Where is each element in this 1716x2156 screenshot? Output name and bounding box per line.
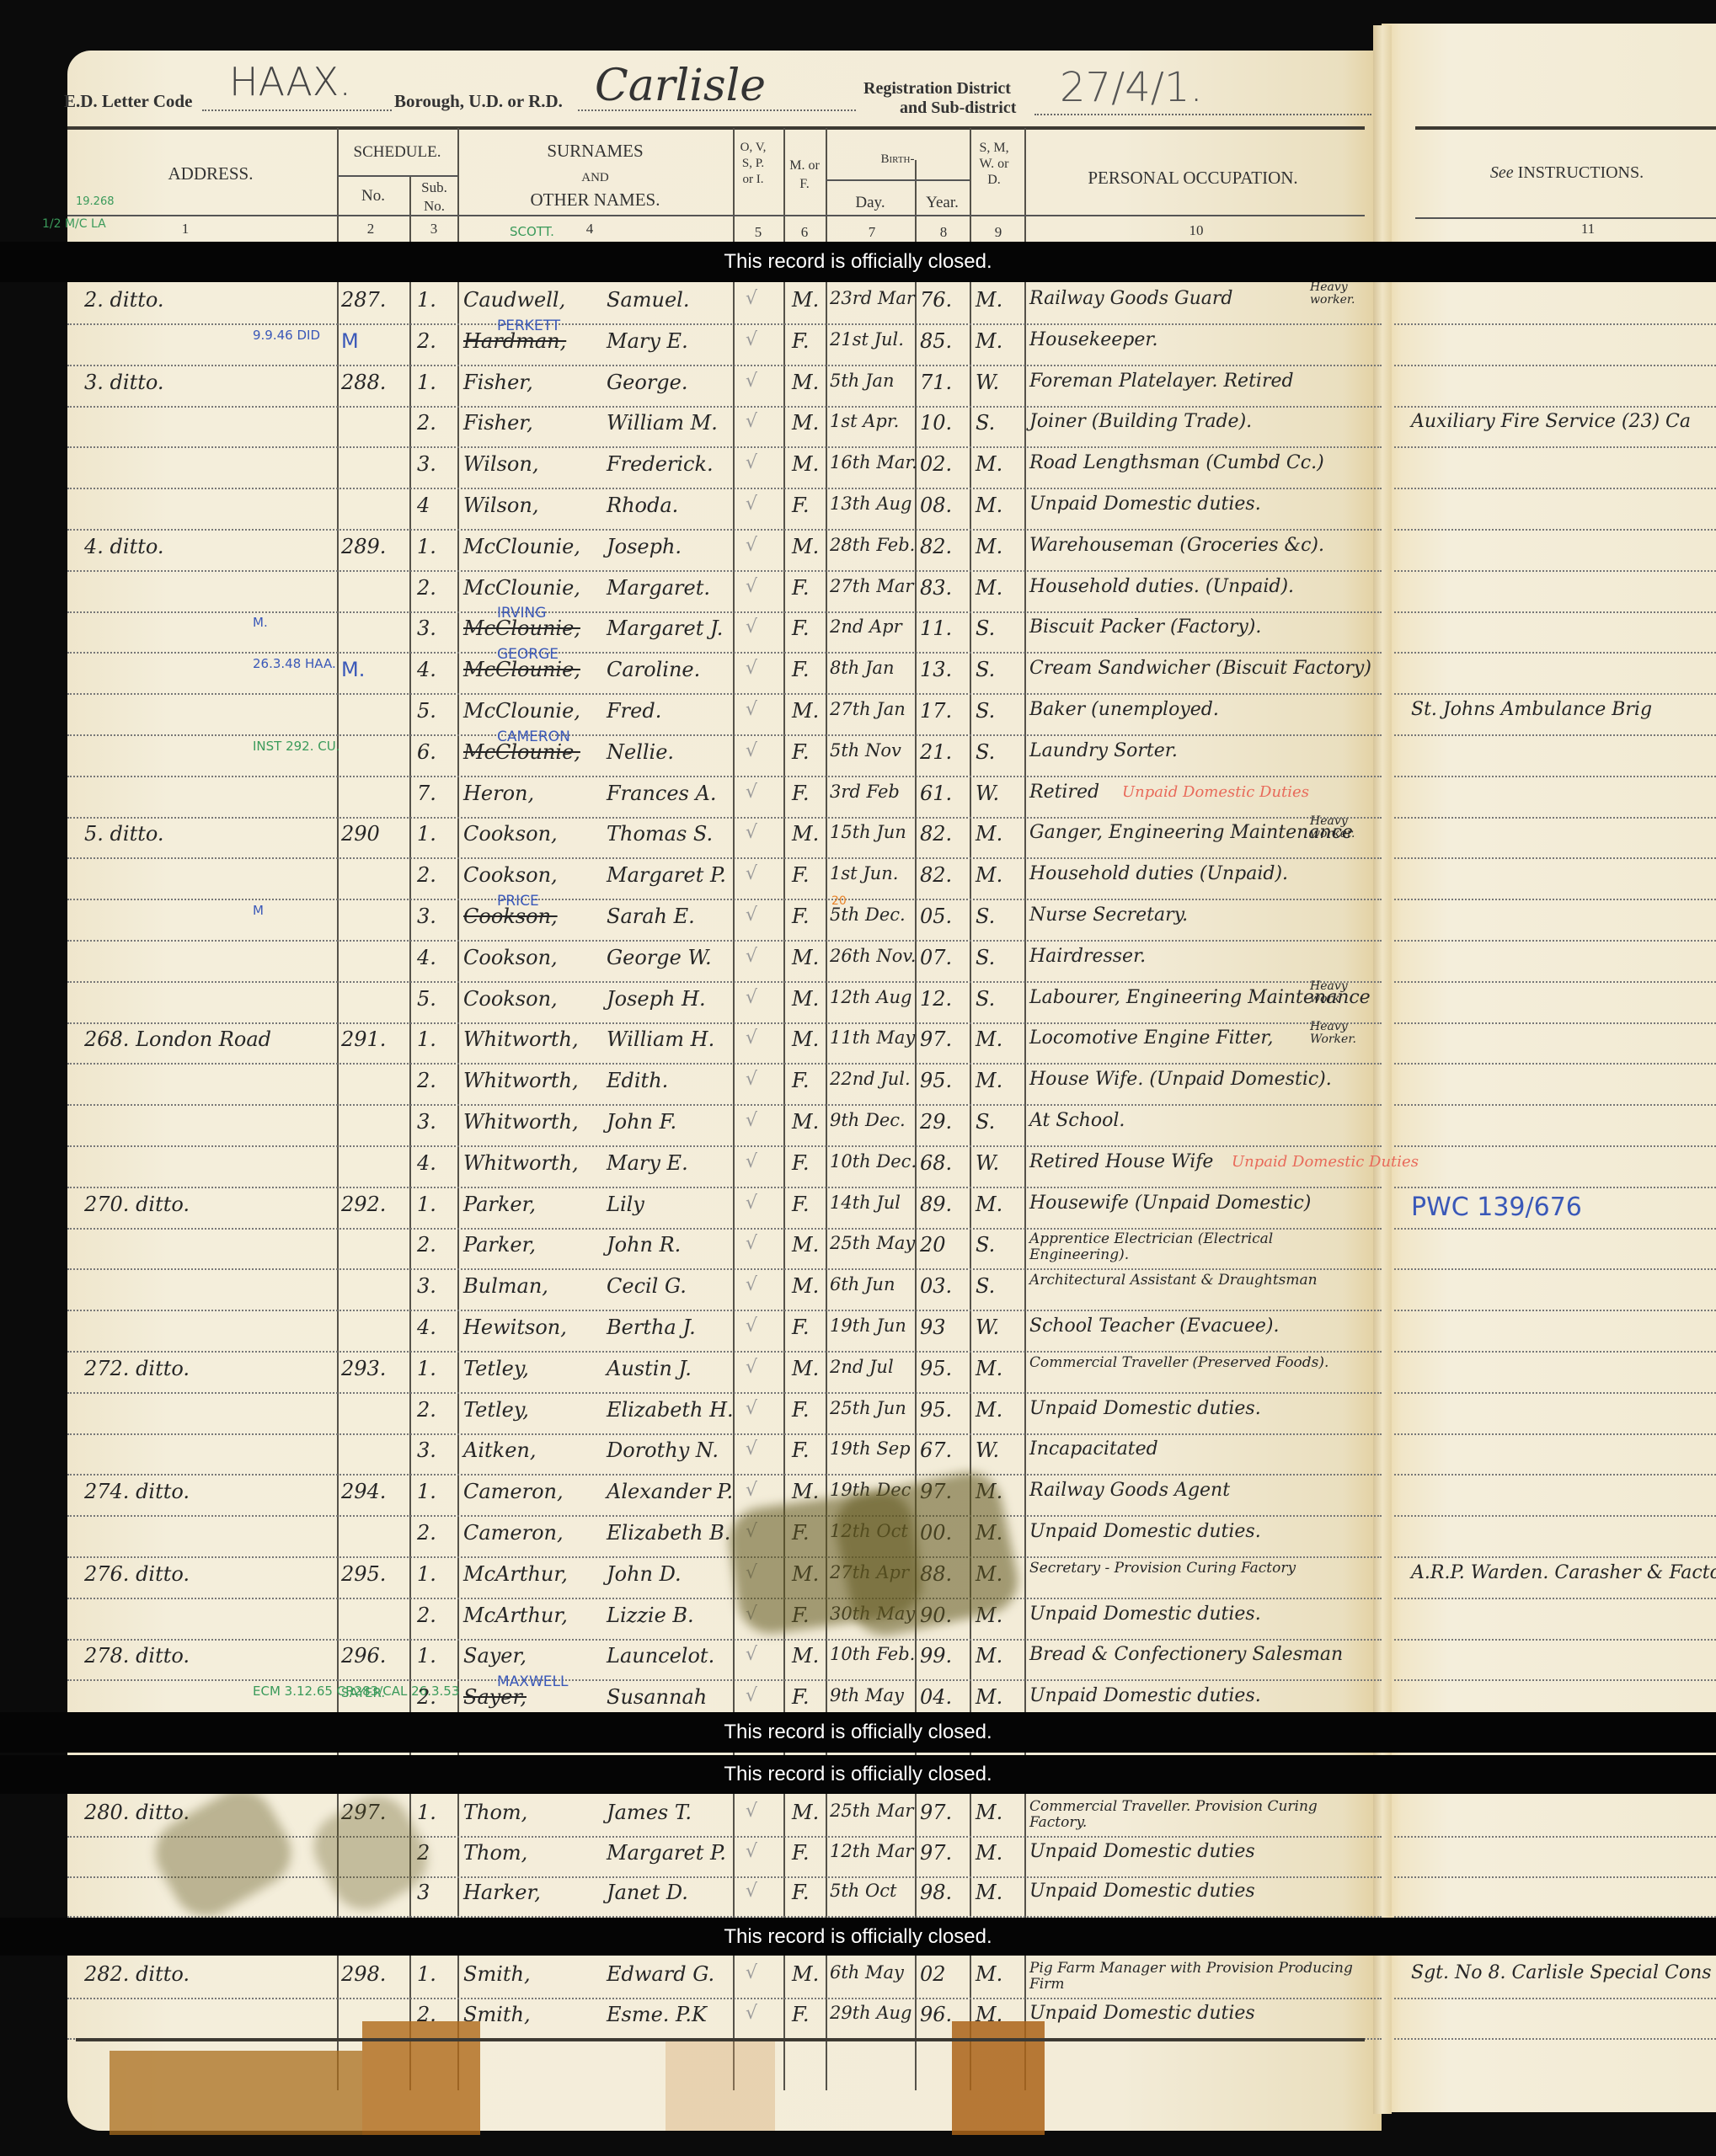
- occupation-cell: Secretary - Provision Curing Factory: [1029, 1561, 1358, 1577]
- given-names-cell: Sarah E.: [607, 905, 695, 928]
- column-11-row: [1394, 819, 1716, 859]
- surname-cell: Tetley,: [463, 1398, 529, 1422]
- birth-day-cell: 1st Apr.: [830, 411, 899, 431]
- table-row: 268. London Road291.1.Whitworth,William …: [67, 1024, 1382, 1065]
- marital-status-cell: M.: [976, 452, 1002, 476]
- occupation-cell: Commercial Traveller (Preserved Foods).: [1029, 1355, 1358, 1371]
- schedule-sub-cell: 1.: [417, 371, 436, 394]
- schedule-no-cell: 287.: [341, 288, 386, 312]
- given-names-cell: Thomas S.: [607, 822, 713, 846]
- table-row: M3.Cookson,PRICESarah E.√F.5th Dec.2005.…: [67, 901, 1382, 942]
- column-11-row: [1394, 285, 1716, 325]
- sex-cell: F.: [792, 329, 810, 353]
- sex-cell: M.: [792, 1962, 819, 1986]
- birth-subrule: [826, 179, 970, 181]
- table-row: 4.Cookson,George W.√M.26th Nov.07.S.Hair…: [67, 942, 1382, 983]
- given-names-cell: Frances A.: [607, 782, 716, 805]
- col-number: 8: [927, 224, 960, 241]
- enumerator-tick: √: [746, 863, 757, 884]
- birth-day-cell: 10th Dec.: [830, 1151, 917, 1171]
- occupation-cell: At School.: [1029, 1110, 1125, 1131]
- birth-day-cell: 25th May: [830, 1233, 915, 1253]
- occupation-note: Heavy worker.: [1310, 815, 1361, 841]
- schedule-sub-cell: 4.: [417, 946, 436, 969]
- given-names-cell: William M.: [607, 411, 718, 435]
- birth-year-cell: 89.: [920, 1193, 952, 1216]
- birth-year-cell: 07.: [920, 946, 952, 969]
- birth-year-cell: 95.: [920, 1398, 952, 1422]
- column-11-row: Sgt. No 8. Carlisle Special Cons: [1394, 1959, 1716, 1999]
- column-11-entry: Auxiliary Fire Service (23) Ca: [1411, 411, 1691, 432]
- header-green-ref: 19.268: [76, 195, 115, 208]
- schedule-sub-cell: 2.: [417, 1521, 436, 1545]
- surname-cell: Whitworth,: [463, 1151, 579, 1175]
- marital-status-cell: M.: [976, 1027, 1002, 1051]
- occupation-cell: Pig Farm Manager with Provision Producin…: [1029, 1961, 1358, 1993]
- ed-letter-code-value: HAAX.: [229, 59, 351, 104]
- schedule-sub-cell: 3.: [417, 1274, 436, 1298]
- enumerator-tick: √: [746, 1398, 757, 1419]
- row-dotted-line: [67, 652, 1382, 654]
- column-11-row: [1394, 901, 1716, 942]
- col-schedule-no-heading: No.: [337, 187, 409, 205]
- sex-cell: F.: [792, 1841, 810, 1865]
- surname-cell: Aitken,: [463, 1438, 536, 1462]
- marital-status-cell: S.: [976, 740, 995, 764]
- enumerator-tick: √: [746, 1438, 757, 1460]
- marital-status-cell: S.: [976, 1110, 995, 1134]
- given-names-cell: William H.: [607, 1027, 714, 1051]
- col-number: 2: [354, 221, 388, 237]
- surname-cell: Cameron,: [463, 1480, 564, 1503]
- col-schedule-heading: SCHEDULE.: [337, 143, 457, 162]
- sex-cell: F.: [792, 1685, 810, 1709]
- schedule-no-cell: 289.: [341, 535, 386, 558]
- enumerator-tick: √: [746, 1151, 757, 1172]
- address-cell: 3. ditto.: [84, 371, 164, 394]
- occupation-cell: Biscuit Packer (Factory).: [1029, 616, 1261, 638]
- schedule-sub-cell: 1.: [417, 535, 436, 558]
- address-cell: 280. ditto.: [84, 1801, 190, 1824]
- col-address-heading: ADDRESS.: [84, 164, 337, 183]
- row-dotted-line: [67, 1228, 1382, 1230]
- column-11-row: [1394, 1476, 1716, 1517]
- registration-dotted-line: [1034, 114, 1371, 115]
- column-11-row: [1394, 1435, 1716, 1476]
- enumerator-tick: √: [746, 782, 757, 803]
- given-names-cell: Edward G.: [607, 1962, 714, 1986]
- sex-cell: F.: [792, 1398, 810, 1422]
- birth-year-cell: 04.: [920, 1685, 952, 1709]
- marital-status-cell: M.: [976, 1357, 1002, 1380]
- birth-day-cell: 5th Nov: [830, 740, 901, 760]
- marital-status-cell: M.: [976, 1962, 1002, 1986]
- marital-status-cell: M.: [976, 1841, 1002, 1865]
- schedule-sub-cell: 1.: [417, 1562, 436, 1586]
- table-row: 2.Cookson,Margaret P.√F.1st Jun.82.M.Hou…: [67, 860, 1382, 900]
- schedule-sub-cell: 6.: [417, 740, 436, 764]
- birth-year-cell: 02.: [920, 452, 952, 476]
- instructions-prefix: See: [1490, 163, 1514, 182]
- col-number: 7: [855, 224, 889, 241]
- given-names-cell: John D.: [607, 1562, 682, 1586]
- address-annotation: 26.3.48 HAA.: [253, 656, 336, 671]
- column-11-entry: Sgt. No 8. Carlisle Special Cons: [1411, 1962, 1712, 1983]
- row-dotted-line: [67, 1187, 1382, 1188]
- surname-correction: PERKETT: [497, 318, 560, 334]
- row-dotted-line: [67, 940, 1382, 942]
- enumerator-tick: √: [746, 1962, 757, 1983]
- sex-cell: M.: [792, 1233, 819, 1257]
- marital-status-cell: S.: [976, 658, 995, 681]
- row-dotted-line: [1394, 1063, 1716, 1065]
- schedule-sub-cell: 1.: [417, 1357, 436, 1380]
- row-dotted-line: [1394, 406, 1716, 408]
- enumerator-tick: √: [746, 535, 757, 556]
- surname-cell: Whitworth,: [463, 1027, 579, 1051]
- address-cell: 4. ditto.: [84, 535, 164, 558]
- birth-year-cell: 95.: [920, 1069, 952, 1092]
- marital-status-cell: S.: [976, 411, 995, 435]
- given-names-cell: James T.: [607, 1801, 692, 1824]
- enumerator-tick: √: [746, 576, 757, 597]
- col-ovspi-heading: O, V, S, P. or I.: [736, 140, 770, 188]
- birth-year-cell: 12.: [920, 987, 952, 1011]
- row-dotted-line: [1394, 857, 1716, 859]
- table-row: 270. ditto.292.1.Parker,Lily√F.14th Jul8…: [67, 1189, 1382, 1230]
- occupation-note: Heavy worker.: [1310, 281, 1361, 307]
- birth-year-cell: 85.: [920, 329, 952, 353]
- given-names-cell: Elizabeth H.: [607, 1398, 734, 1422]
- table-row: 26.3.48 HAA.M.4.McClounie,GEORGECaroline…: [67, 654, 1382, 695]
- table-row: 7.Heron,Frances A.√F.3rd Feb61.W.Retired…: [67, 778, 1382, 819]
- birth-day-cell: 12th Aug: [830, 987, 912, 1007]
- given-names-cell: George.: [607, 371, 688, 394]
- tape-strip: [110, 2051, 362, 2135]
- schedule-no-cell: M.: [341, 658, 365, 681]
- col-number: 6: [788, 224, 821, 241]
- schedule-no-cell: 293.: [341, 1357, 386, 1380]
- schedule-sub-cell: 3.: [417, 1438, 436, 1462]
- col-sex-heading: M. or F.: [785, 157, 824, 194]
- sex-cell: F.: [792, 494, 810, 517]
- row-dotted-line: [1394, 1187, 1716, 1188]
- schedule-sub-cell: 1.: [417, 1193, 436, 1216]
- row-dotted-line: [1394, 1679, 1716, 1681]
- marital-status-cell: W.: [976, 371, 999, 394]
- birth-day-cell: 5th Oct: [830, 1881, 896, 1901]
- enumerator-tick: √: [746, 616, 757, 638]
- sex-cell: M.: [792, 987, 819, 1011]
- surname-cell: Cameron,: [463, 1521, 564, 1545]
- surname-cell: McClounie,: [463, 535, 580, 558]
- schedule-sub-cell: 3.: [417, 452, 436, 476]
- row-dotted-line: [67, 365, 1382, 366]
- table-row: 3. ditto.288.1.Fisher,George.√M.5th Jan7…: [67, 367, 1382, 408]
- surname-cell: Tetley,: [463, 1357, 529, 1380]
- occupation-cell: Road Lengthsman (Cumbd Cc.): [1029, 452, 1324, 473]
- table-row: 2.Fisher,William M.√M.1st Apr.10.S.Joine…: [67, 408, 1382, 448]
- col-schedule-sub-heading: Sub. No.: [411, 179, 457, 216]
- table-row: 2. ditto.287.1.Caudwell,Samuel.√M.23rd M…: [67, 285, 1382, 325]
- row-dotted-line: [67, 446, 1382, 448]
- occupation-cell: Unpaid Domestic duties.: [1029, 1398, 1261, 1419]
- occupation-cell: Nurse Secretary.: [1029, 905, 1188, 926]
- table-row: 3.Whitworth,John F.√M.9th Dec.29.S.At Sc…: [67, 1107, 1382, 1147]
- birth-year-cell: 02: [920, 1962, 946, 1986]
- enumerator-tick: √: [746, 946, 757, 967]
- row-dotted-line: [1394, 1022, 1716, 1024]
- given-names-cell: Nellie.: [607, 740, 674, 764]
- occupation-cell: Housekeeper.: [1029, 329, 1157, 350]
- row-dotted-line: [67, 406, 1382, 408]
- occupation-cell: Household duties. (Unpaid).: [1029, 576, 1294, 597]
- given-names-cell: Janet D.: [607, 1881, 688, 1904]
- given-names-cell: George W.: [607, 946, 712, 969]
- table-row: 3.Bulman,Cecil G.√M.6th Jun03.S.Architec…: [67, 1271, 1382, 1311]
- table-row: 2.Smith,Esme. P.K√F.29th Aug96.M.Unpaid …: [67, 1999, 1382, 2040]
- occupation-cell: Retired: [1029, 782, 1099, 803]
- marital-status-cell: M.: [976, 822, 1002, 846]
- address-annotation: M.: [253, 615, 268, 630]
- given-names-cell: John R.: [607, 1233, 681, 1257]
- row-dotted-line: [1394, 734, 1716, 736]
- birth-year-cell: 21.: [920, 740, 952, 764]
- surname-cell: Cookson,: [463, 987, 558, 1011]
- occupation-cell: Bread & Confectionery Salesman: [1029, 1644, 1343, 1665]
- occupation-cell: Ganger, Engineering Maintenance: [1029, 822, 1353, 843]
- borough-label: Borough, U.D. or R.D.: [394, 91, 563, 112]
- surname-cell: Whitworth,: [463, 1069, 579, 1092]
- marital-status-cell: M.: [976, 288, 1002, 312]
- ed-letter-code-label: E.D. Letter Code: [64, 91, 192, 112]
- row-dotted-line: [67, 693, 1382, 695]
- occupation-cell: House Wife. (Unpaid Domestic).: [1029, 1069, 1332, 1090]
- column-11-row: St. Johns Ambulance Brig: [1394, 696, 1716, 736]
- table-row: 2.Cameron,Elizabeth B.√F.12th Oct00.M.Un…: [67, 1518, 1382, 1558]
- given-names-cell: Lizzie B.: [607, 1604, 694, 1627]
- surname-cell: Sayer,: [463, 1644, 527, 1668]
- birth-day-cell: 9th Dec.: [830, 1110, 906, 1130]
- occupation-correction: Unpaid Domestic Duties: [1122, 783, 1309, 801]
- marital-status-cell: M.: [976, 1069, 1002, 1092]
- birth-day-cell: 10th Feb.: [830, 1644, 915, 1664]
- birth-year-cell: 97.: [920, 1841, 952, 1865]
- birth-day-cell: 29th Aug: [830, 2003, 912, 2023]
- address-cell: 268. London Road: [84, 1027, 271, 1051]
- birth-year-cell: 83.: [920, 576, 952, 600]
- row-dotted-line: [67, 981, 1382, 983]
- birth-year-cell: 97.: [920, 1027, 952, 1051]
- marital-status-cell: S.: [976, 987, 995, 1011]
- birth-year-cell: 08.: [920, 494, 952, 517]
- marital-status-cell: W.: [976, 1438, 999, 1462]
- borough-dotted-line: [578, 109, 856, 111]
- row-dotted-line: [67, 1639, 1382, 1641]
- sex-cell: M.: [792, 535, 819, 558]
- given-names-cell: Margaret.: [607, 576, 710, 600]
- column-11-entry: A.R.P. Warden. Carasher & Factory, Car: [1411, 1562, 1716, 1583]
- given-names-cell: Bertha J.: [607, 1315, 696, 1339]
- table-row: INST 292. CU.6.McClounie,CAMERONNellie.√…: [67, 737, 1382, 777]
- column-11-row: [1394, 573, 1716, 613]
- sex-cell: M.: [792, 822, 819, 846]
- given-names-cell: Susannah: [607, 1685, 707, 1709]
- schedule-no-cell: 291.: [341, 1027, 386, 1051]
- col-number: 3: [417, 221, 451, 237]
- column-11-row: [1394, 1271, 1716, 1311]
- row-dotted-line: [67, 323, 1382, 325]
- sex-cell: M.: [792, 452, 819, 476]
- row-dotted-line: [1394, 652, 1716, 654]
- schedule-sub-cell: 2.: [417, 1604, 436, 1627]
- enumerator-tick: √: [746, 1480, 757, 1501]
- sex-cell: M.: [792, 288, 819, 312]
- registration-label-2: and Sub-district: [900, 99, 1016, 118]
- row-dotted-line: [67, 817, 1382, 819]
- surname-cell: Heron,: [463, 782, 534, 805]
- sex-cell: F.: [792, 658, 810, 681]
- sex-cell: F.: [792, 616, 810, 640]
- marital-status-cell: M.: [976, 1801, 1002, 1824]
- row-dotted-line: [67, 1310, 1382, 1311]
- enumerator-tick: √: [746, 1069, 757, 1090]
- col-names-heading-1: SURNAMES: [457, 141, 733, 160]
- row-dotted-line: [1394, 1351, 1716, 1353]
- address-annotation: INST 292. CU.: [253, 739, 339, 754]
- occupation-cell: Unpaid Domestic duties.: [1029, 1604, 1261, 1625]
- column-11-row: [1394, 1600, 1716, 1641]
- occupation-cell: School Teacher (Evacuee).: [1029, 1315, 1280, 1337]
- row-dotted-line: [67, 1104, 1382, 1106]
- header-top-rule-right: [1415, 126, 1716, 130]
- occupation-cell: Laundry Sorter.: [1029, 740, 1178, 761]
- column-11-row: [1394, 737, 1716, 777]
- enumerator-tick: √: [746, 1644, 757, 1665]
- birth-day-cell: 3rd Feb: [830, 782, 900, 802]
- given-names-cell: Elizabeth B.: [607, 1521, 730, 1545]
- sex-cell: F.: [792, 782, 810, 805]
- column-11-row: [1394, 1395, 1716, 1435]
- schedule-sub-cell: 3.: [417, 1110, 436, 1134]
- marital-status-cell: W.: [976, 1151, 999, 1175]
- sex-cell: F.: [792, 1193, 810, 1216]
- col-number: 1: [168, 221, 202, 237]
- occupation-cell: Retired House Wife: [1029, 1151, 1213, 1172]
- occupation-cell: Warehouseman (Groceries &c).: [1029, 535, 1324, 556]
- surname-cell: McClounie,: [463, 576, 580, 600]
- header-green-note: 1/2 M/C LA: [42, 217, 106, 231]
- given-names-cell: Lily: [607, 1193, 644, 1216]
- surname-correction: GEORGE: [497, 646, 559, 663]
- surname-cell: Wilson,: [463, 452, 538, 476]
- birth-year-cell: 03.: [920, 1274, 952, 1298]
- birth-year-cell: 17.: [920, 699, 952, 723]
- column-11-row: [1394, 1877, 1716, 1918]
- schedule-no-cell: M: [341, 329, 359, 353]
- footer-rule: [76, 2038, 1365, 2041]
- marital-status-cell: W.: [976, 782, 999, 805]
- sex-cell: F.: [792, 1151, 810, 1175]
- enumerator-tick: √: [746, 1685, 757, 1706]
- schedule-subrule: [337, 175, 457, 177]
- enumerator-tick: √: [746, 1801, 757, 1822]
- marital-status-cell: S.: [976, 905, 995, 928]
- schedule-no-cell: 296.: [341, 1644, 386, 1668]
- col-instructions-heading: See INSTRUCTIONS.: [1424, 163, 1710, 182]
- column-11-row: [1394, 1518, 1716, 1558]
- marital-status-cell: M.: [976, 535, 1002, 558]
- birth-year-cell: 82.: [920, 822, 952, 846]
- column-11-row: [1394, 1353, 1716, 1394]
- row-dotted-line: [1394, 1556, 1716, 1558]
- birth-year-cell: 61.: [920, 782, 952, 805]
- row-dotted-line: [1394, 1515, 1716, 1517]
- birth-day-cell: 26th Nov.: [830, 946, 916, 966]
- table-row: M.3.McClounie,IRVINGMargaret J.√F.2nd Ap…: [67, 613, 1382, 654]
- table-row: 272. ditto.293.1.Tetley,Austin J.√M.2nd …: [67, 1353, 1382, 1394]
- table-row: 278. ditto.296.1.Sayer,Launcelot.√M.10th…: [67, 1641, 1382, 1681]
- row-dotted-line: [1394, 1392, 1716, 1394]
- birth-year-cell: 82.: [920, 535, 952, 558]
- column-11-row: [1394, 654, 1716, 695]
- col-birth-heading: Birth-: [826, 150, 970, 168]
- row-dotted-line: [67, 1268, 1382, 1270]
- schedule-sub-cell: 4.: [417, 1315, 436, 1339]
- enumerator-tick: √: [746, 1881, 757, 1902]
- enumerator-tick: √: [746, 905, 757, 926]
- sex-cell: M.: [792, 1801, 819, 1824]
- row-dotted-line: [67, 1515, 1382, 1517]
- given-names-cell: Samuel.: [607, 288, 689, 312]
- row-dotted-line: [1394, 981, 1716, 983]
- birth-day-cell: 28th Feb.: [830, 535, 915, 555]
- occupation-cell: Hairdresser.: [1029, 946, 1146, 967]
- birth-year-cell: 20: [920, 1233, 946, 1257]
- column-11-row: [1394, 1641, 1716, 1681]
- table-row: 5. ditto.2901.Cookson,Thomas S.√M.15th J…: [67, 819, 1382, 859]
- col-number: 10: [1179, 222, 1213, 239]
- row-dotted-line: [1394, 365, 1716, 366]
- column-11-row: [1394, 1838, 1716, 1878]
- occupation-cell: Railway Goods Guard: [1029, 288, 1233, 309]
- surname-cell: Thom,: [463, 1841, 527, 1865]
- sex-cell: F.: [792, 1881, 810, 1904]
- address-cell: 276. ditto.: [84, 1562, 190, 1586]
- given-names-cell: Alexander P.: [607, 1480, 733, 1503]
- occupation-cell: Household duties (Unpaid).: [1029, 863, 1288, 884]
- occupation-note: Heavy work: [1310, 980, 1361, 1006]
- marital-status-cell: M.: [976, 494, 1002, 517]
- sex-cell: M.: [792, 1274, 819, 1298]
- row-dotted-line: [1394, 1639, 1716, 1641]
- birth-year-cell: 98.: [920, 1881, 952, 1904]
- birth-day-correction: 20: [831, 894, 847, 908]
- surname-cell: Thom,: [463, 1801, 527, 1824]
- birth-day-cell: 23rd Mar: [830, 288, 915, 308]
- given-names-cell: Joseph H.: [607, 987, 706, 1011]
- occupation-cell: Locomotive Engine Fitter,: [1029, 1027, 1273, 1049]
- schedule-no-cell: 298.: [341, 1962, 386, 1986]
- given-names-cell: Dorothy N.: [607, 1438, 719, 1462]
- enumerator-tick: √: [746, 822, 757, 843]
- given-names-cell: John F.: [607, 1110, 676, 1134]
- table-row: 4.Whitworth,Mary E.√F.10th Dec.68.W.Reti…: [67, 1148, 1382, 1188]
- enumerator-tick: √: [746, 1841, 757, 1862]
- row-dotted-line: [67, 488, 1382, 489]
- surname-cell: Bulman,: [463, 1274, 548, 1298]
- given-names-cell: Caroline.: [607, 658, 700, 681]
